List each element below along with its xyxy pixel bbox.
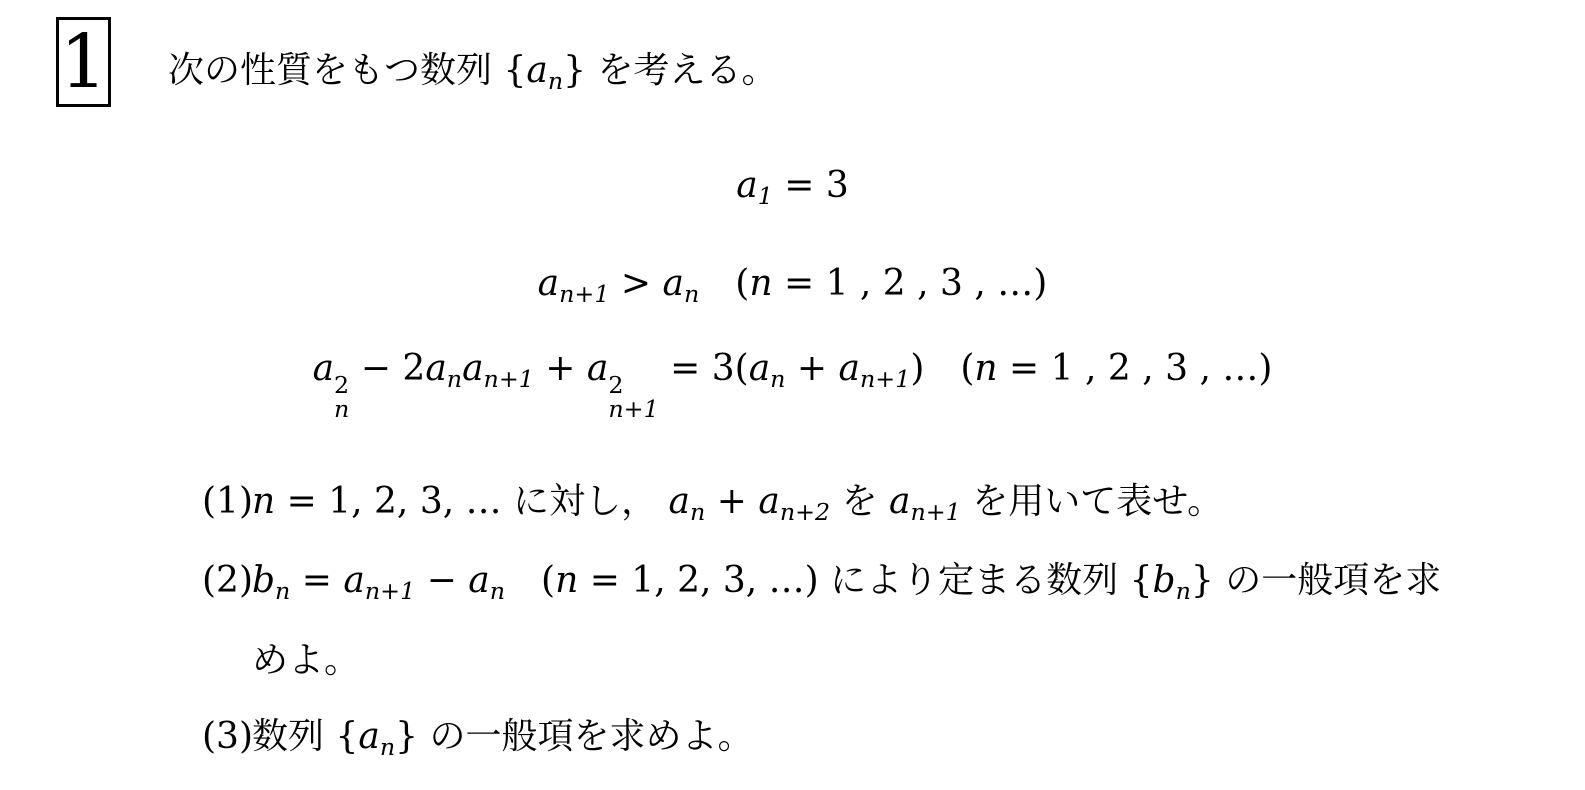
item-2-text-line1: bn = an+1 − an(n = 1, 2, 3, …) により定まる数列 …	[252, 558, 1441, 607]
item-2-label: (2)	[202, 560, 252, 601]
item-3-text: 数列 {an} の一般項を求めよ。	[252, 714, 754, 763]
problem-number: 1	[60, 25, 107, 99]
item-3-label: (3)	[202, 716, 252, 757]
question-item-2: (2) bn = an+1 − an(n = 1, 2, 3, …) により定ま…	[202, 558, 1441, 607]
question-item-3: (3) 数列 {an} の一般項を求めよ。	[202, 714, 754, 763]
problem-intro-text: 次の性質をもつ数列 {an} を考える。	[168, 48, 778, 97]
equation-initial-condition: a1 = 3	[0, 163, 1585, 212]
equation-monotonicity: an+1 > an(n = 1 , 2 , 3 , …)	[0, 261, 1585, 310]
item-2-text-line2: めよ。	[252, 638, 360, 685]
problem-number-box: 1	[56, 17, 111, 107]
question-item-1: (1) n = 1, 2, 3, … に対し， an + an+2 を an+1…	[202, 479, 1223, 528]
item-1-text: n = 1, 2, 3, … に対し， an + an+2 を an+1 を用い…	[252, 479, 1223, 528]
equation-recurrence: a2n − 2anan+1 + a2n+1 = 3(an + an+1)(n =…	[0, 346, 1585, 422]
item-1-label: (1)	[202, 481, 252, 522]
